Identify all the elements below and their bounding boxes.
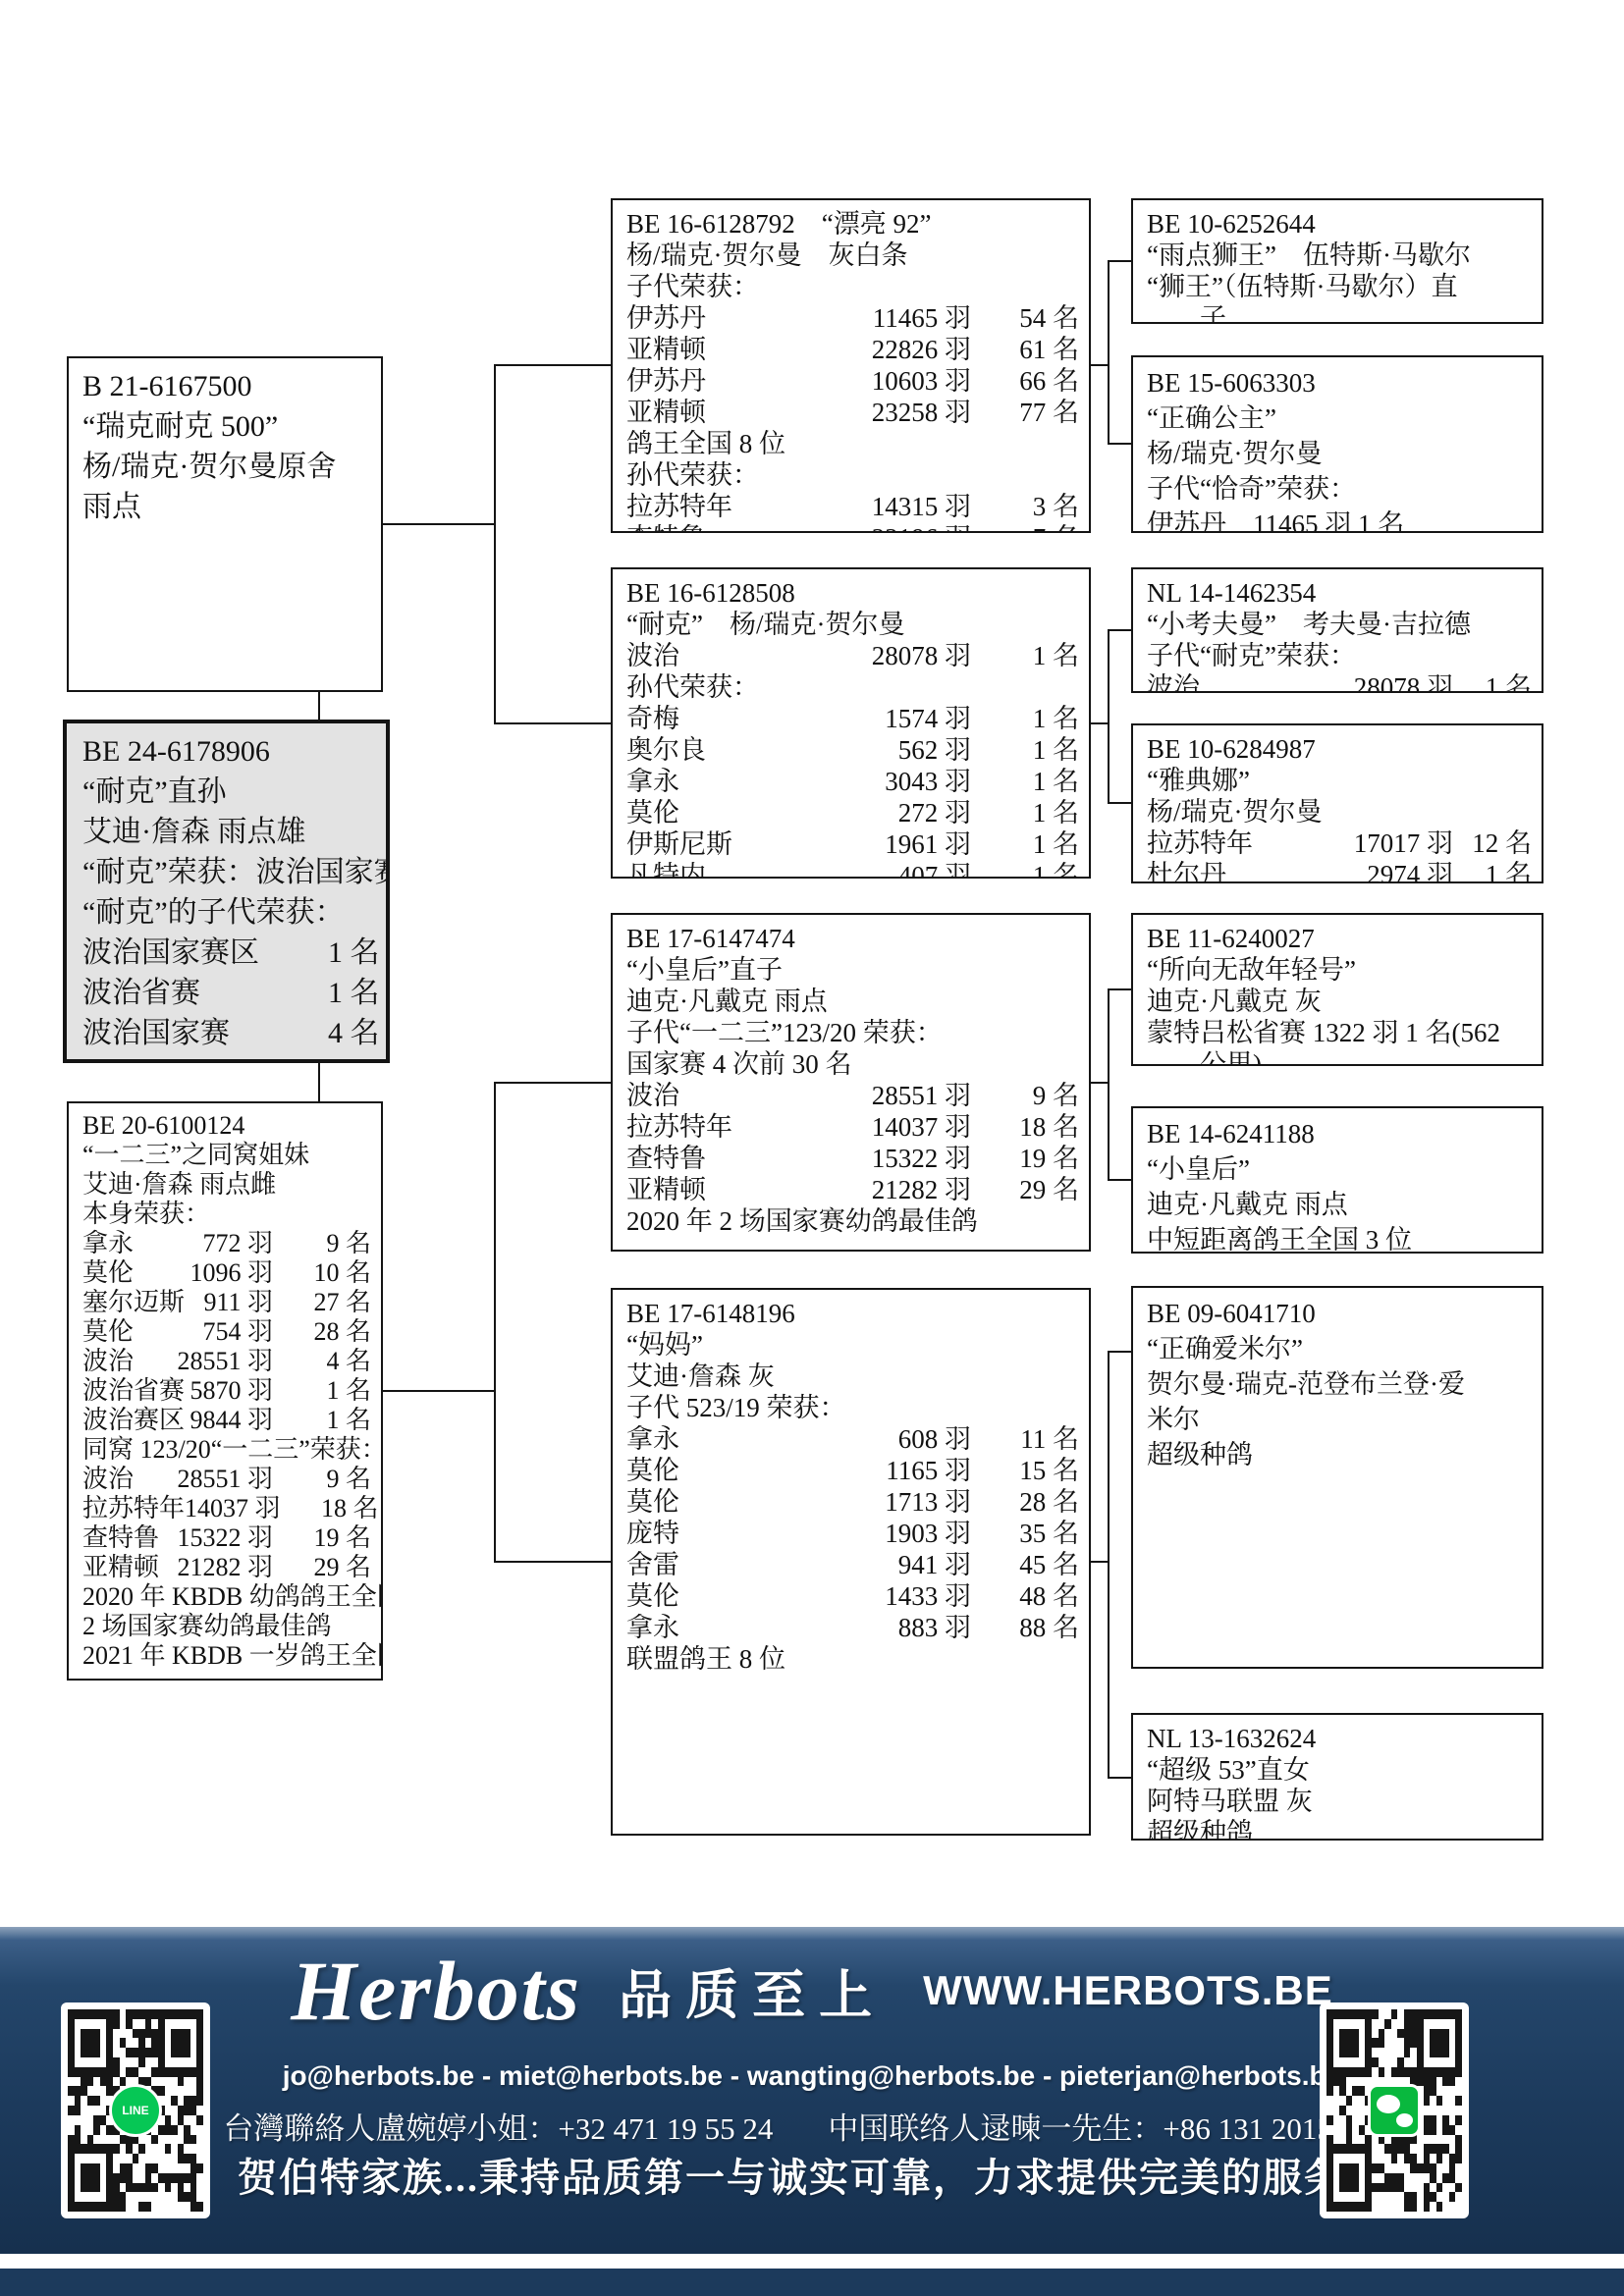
pedigree-line: 阿特马联盟 灰 xyxy=(1147,1786,1532,1817)
pedigree-line: 子代“恰奇”荣获： xyxy=(1147,471,1532,507)
pedigree-line: 波治国家赛4 名 xyxy=(82,1013,376,1053)
pedigree-line: B 21-6167500 xyxy=(82,366,371,406)
pedigree-line: 塞尔迈斯911 羽27 名 xyxy=(82,1288,371,1317)
pedigree-line: “正确公主” xyxy=(1147,400,1532,436)
pedigree-line: “雨点狮王” 伍特斯·马歇尔 xyxy=(1147,240,1532,271)
pedigree-box-m4: BE 17-6148196“妈妈”艾迪·詹森 灰子代 523/19 荣获：拿永6… xyxy=(611,1288,1091,1836)
connector-line xyxy=(383,523,496,525)
pedigree-line: 2020 年 KBDB 幼鸽鸽王全国 10 位 xyxy=(82,1582,371,1612)
pedigree-line: 迪克·凡戴克 灰 xyxy=(1147,986,1532,1017)
pedigree-line: BE 17-6148196 xyxy=(626,1298,1079,1329)
pedigree-line: 奥尔良562 羽1 名 xyxy=(626,734,1079,766)
pedigree-line: 波治省赛5870 羽1 名 xyxy=(82,1376,371,1406)
pedigree-line: 艾迪·詹森 灰 xyxy=(626,1361,1079,1392)
pedigree-line: 迪克·凡戴克 雨点 xyxy=(1147,1187,1532,1222)
pedigree-line: 伊苏丹 11465 羽 1 名 xyxy=(1147,507,1532,533)
pedigree-line: NL 14-1462354 xyxy=(1147,577,1532,609)
pedigree-line: 亚精顿22826 羽61 名 xyxy=(626,334,1079,365)
pedigree-line: BE 09-6041710 xyxy=(1147,1296,1532,1331)
contact-china: 中国联络人逯暕一先生：+86 131 2015 0755 xyxy=(828,2111,1400,2146)
pedigree-line: 拉苏特年14037 羽18 名 xyxy=(82,1494,371,1523)
pedigree-line: BE 16-6128792 “漂亮 92” xyxy=(626,208,1079,240)
connector-line xyxy=(496,1561,611,1563)
pedigree-line: 伊苏丹10603 羽66 名 xyxy=(626,365,1079,397)
pedigree-box-subject: BE 24-6178906“耐克”直孙艾迪·詹森 雨点雄“耐克”荣获：波治国家赛… xyxy=(63,720,390,1063)
pedigree-line: 伊苏丹11465 羽54 名 xyxy=(626,302,1079,334)
pedigree-line: 波治28078 羽1 名 xyxy=(626,640,1079,671)
pedigree-box-m3: BE 17-6147474“小皇后”直子迪克·凡戴克 雨点子代“一二三”123/… xyxy=(611,913,1091,1252)
pedigree-line: 杜尔丹2974 羽1 名 xyxy=(1147,859,1532,883)
pedigree-line: 国家赛 4 次前 30 名 xyxy=(626,1048,1079,1080)
pedigree-line: BE 16-6128508 xyxy=(626,577,1079,609)
contact-taiwan: 台灣聯絡人盧婉婷小姐：+32 471 19 55 24 xyxy=(223,2111,773,2146)
pedigree-line: 拉苏特年14315 羽3 名 xyxy=(626,491,1079,522)
connector-line xyxy=(1108,629,1110,804)
pedigree-line: 庞特1903 羽35 名 xyxy=(626,1518,1079,1549)
pedigree-line: 波治28551 羽9 名 xyxy=(82,1465,371,1494)
pedigree-line: 贺尔曼·瑞克-范登布兰登·爱 xyxy=(1147,1366,1532,1402)
connector-line xyxy=(383,1390,496,1392)
pedigree-line: 拉苏特年14037 羽18 名 xyxy=(626,1111,1079,1143)
pedigree-line: 亚精顿21282 羽29 名 xyxy=(626,1174,1079,1205)
pedigree-box-m1: BE 16-6128792 “漂亮 92”杨/瑞克·贺尔曼 灰白条子代荣获：伊苏… xyxy=(611,198,1091,533)
pedigree-line: 米尔 xyxy=(1147,1402,1532,1437)
pedigree-box-r1: BE 10-6252644“雨点狮王” 伍特斯·马歇尔“狮王”（伍特斯·马歇尔）… xyxy=(1131,198,1543,324)
pedigree-line: 子代荣获： xyxy=(626,271,1079,302)
pedigree-box-r8: NL 13-1632624“超级 53”直女阿特马联盟 灰超级种鸽 xyxy=(1131,1713,1543,1841)
pedigree-box-r3: NL 14-1462354“小考夫曼” 考夫曼·吉拉德子代“耐克”荣获：波治28… xyxy=(1131,567,1543,693)
pedigree-box-dam: BE 20-6100124“一二三”之同窝姐妹艾迪·詹森 雨点雌本身荣获：拿永7… xyxy=(67,1101,383,1681)
pedigree-line: 莫伦1433 羽48 名 xyxy=(626,1580,1079,1612)
pedigree-line: 波治国家赛区1 名 xyxy=(82,933,376,973)
connector-line xyxy=(494,364,496,724)
connector-line xyxy=(496,364,611,366)
pedigree-line: NL 13-1632624 xyxy=(1147,1723,1532,1754)
pedigree-box-m2: BE 16-6128508“耐克” 杨/瑞克·贺尔曼波治28078 羽1 名孙代… xyxy=(611,567,1091,879)
pedigree-line: “小皇后”直子 xyxy=(626,954,1079,986)
pedigree-line: 奇梅1574 羽1 名 xyxy=(626,703,1079,734)
pedigree-line: 莫伦272 羽1 名 xyxy=(626,797,1079,828)
pedigree-line: 中短距离鸽王全国 3 位 xyxy=(1147,1222,1532,1254)
pedigree-line: 子代“一二三”123/20 荣获： xyxy=(626,1017,1079,1048)
pedigree-line: 2 场国家赛幼鸽最佳鸽 xyxy=(82,1612,371,1641)
pedigree-line: 超级种鸽 xyxy=(1147,1437,1532,1472)
pedigree-line: 波治28551 羽4 名 xyxy=(82,1347,371,1376)
pedigree-line: 波治28551 羽9 名 xyxy=(626,1080,1079,1111)
herbots-logo: Herbots xyxy=(291,1949,581,2033)
connector-line xyxy=(1108,988,1110,1181)
page: B 21-6167500“瑞克耐克 500”杨/瑞克·贺尔曼原舍雨点BE 24-… xyxy=(0,0,1624,2296)
pedigree-line: 公里) xyxy=(1147,1048,1532,1066)
pedigree-line: 迪克·凡戴克 雨点 xyxy=(626,986,1079,1017)
connector-line xyxy=(494,1082,496,1563)
pedigree-line: 波治赛区9844 羽1 名 xyxy=(82,1406,371,1435)
pedigree-line: “所向无敌年轻号” xyxy=(1147,954,1532,986)
connector-line xyxy=(1110,443,1131,445)
qr-code-wechat xyxy=(1320,2002,1469,2218)
pedigree-line: BE 17-6147474 xyxy=(626,923,1079,954)
pedigree-line: 舍雷941 羽45 名 xyxy=(626,1549,1079,1580)
pedigree-line: BE 10-6252644 xyxy=(1147,208,1532,240)
connector-line xyxy=(1108,1351,1110,1779)
pedigree-line: 联盟鸽王 8 位 xyxy=(626,1643,1079,1675)
pedigree-line: “耐克”荣获：波治国家赛 1 名 xyxy=(82,852,376,892)
pedigree-line: “小考夫曼” 考夫曼·吉拉德 xyxy=(1147,609,1532,640)
pedigree-line: BE 24-6178906 xyxy=(82,731,376,772)
pedigree-line: 凡特内407 羽1 名 xyxy=(626,860,1079,879)
pedigree-line: “耐克” 杨/瑞克·贺尔曼 xyxy=(626,609,1079,640)
pedigree-line: 查特鲁22196 羽7 名 xyxy=(626,522,1079,533)
pedigree-line: 2020 年 2 场国家赛幼鸽最佳鸽 xyxy=(626,1205,1079,1237)
pedigree-line: 莫伦1096 羽10 名 xyxy=(82,1258,371,1288)
pedigree-line: “一二三”之同窝姐妹 xyxy=(82,1141,371,1170)
pedigree-line: 鸽王全国 8 位 xyxy=(626,428,1079,459)
pedigree-line: 雨点 xyxy=(82,487,371,527)
pedigree-line: 拿永772 羽9 名 xyxy=(82,1229,371,1258)
pedigree-line: 超级种鸽 xyxy=(1147,1817,1532,1841)
pedigree-box-r6: BE 14-6241188“小皇后”迪克·凡戴克 雨点中短距离鸽王全国 3 位 xyxy=(1131,1106,1543,1254)
pedigree-box-r5: BE 11-6240027“所向无敌年轻号”迪克·凡戴克 灰蒙特吕松省赛 132… xyxy=(1131,913,1543,1066)
pedigree-line: 亚精顿21282 羽29 名 xyxy=(82,1553,371,1582)
pedigree-line: 艾迪·詹森 雨点雌 xyxy=(82,1170,371,1200)
pedigree-line: 本身荣获： xyxy=(82,1200,371,1229)
pedigree-line: “小皇后” xyxy=(1147,1151,1532,1187)
pedigree-line: 拉苏特年17017 羽12 名 xyxy=(1147,828,1532,859)
pedigree-line: “瑞克耐克 500” xyxy=(82,406,371,447)
pedigree-line: 伊斯尼斯1961 羽1 名 xyxy=(626,828,1079,860)
pedigree-line: 亚精顿23258 羽77 名 xyxy=(626,397,1079,428)
connector-line xyxy=(1110,1777,1131,1779)
pedigree-line: 查特鲁15322 羽19 名 xyxy=(626,1143,1079,1174)
pedigree-line: BE 11-6240027 xyxy=(1147,923,1532,954)
pedigree-line: 孙代荣获： xyxy=(626,671,1079,703)
bottom-stripe xyxy=(0,2269,1624,2296)
connector-line xyxy=(318,1061,320,1103)
connector-line xyxy=(1108,260,1110,445)
footer-slogan: 品质至上 xyxy=(619,1953,886,2029)
pedigree-line: 拿永608 羽11 名 xyxy=(626,1423,1079,1455)
pedigree-line: 拿永883 羽88 名 xyxy=(626,1612,1079,1643)
connector-line xyxy=(1110,1179,1131,1181)
connector-line xyxy=(496,722,611,724)
connector-line xyxy=(318,692,320,721)
pedigree-line: 艾迪·詹森 雨点雄 xyxy=(82,812,376,852)
pedigree-box-r4: BE 10-6284987“雅典娜”杨/瑞克·贺尔曼拉苏特年17017 羽12 … xyxy=(1131,723,1543,883)
pedigree-line: 杨/瑞克·贺尔曼 xyxy=(1147,436,1532,471)
pedigree-line: 杨/瑞克·贺尔曼 xyxy=(1147,796,1532,828)
connector-line xyxy=(1110,260,1131,262)
pedigree-line: 同窝 123/20“一二三”荣获： xyxy=(82,1435,371,1465)
pedigree-line: “正确爱米尔” xyxy=(1147,1331,1532,1366)
connector-line xyxy=(1110,988,1131,990)
pedigree-line: “雅典娜” xyxy=(1147,765,1532,796)
pedigree-box-sire: B 21-6167500“瑞克耐克 500”杨/瑞克·贺尔曼原舍雨点 xyxy=(67,356,383,692)
website-text: WWW.HERBOTS.BE xyxy=(923,1967,1333,2014)
pedigree-line: 莫伦1165 羽15 名 xyxy=(626,1455,1079,1486)
pedigree-line: 子代 523/19 荣获： xyxy=(626,1392,1079,1423)
pedigree-line: “超级 53”直女 xyxy=(1147,1754,1532,1786)
pedigree-line: 莫伦754 羽28 名 xyxy=(82,1317,371,1347)
pedigree-line: 波治省赛1 名 xyxy=(82,973,376,1013)
pedigree-line: 孙代荣获： xyxy=(626,459,1079,491)
pedigree-line: 拿永3043 羽1 名 xyxy=(626,766,1079,797)
pedigree-line: BE 20-6100124 xyxy=(82,1111,371,1141)
pedigree-box-r7: BE 09-6041710“正确爱米尔”贺尔曼·瑞克-范登布兰登·爱米尔超级种鸽 xyxy=(1131,1286,1543,1669)
connector-line xyxy=(1110,1351,1131,1353)
pedigree-line: 子 xyxy=(1147,302,1532,324)
pedigree-line: 杨/瑞克·贺尔曼 灰白条 xyxy=(626,240,1079,271)
pedigree-line: 查特鲁15322 羽19 名 xyxy=(82,1523,371,1553)
pedigree-line: 波治28078 羽1 名 xyxy=(1147,671,1532,693)
pedigree-line: 子代“耐克”荣获： xyxy=(1147,640,1532,671)
pedigree-box-r2: BE 15-6063303“正确公主”杨/瑞克·贺尔曼子代“恰奇”荣获：伊苏丹 … xyxy=(1131,355,1543,533)
connector-line xyxy=(1110,629,1131,631)
connector-line xyxy=(496,1082,611,1084)
pedigree-line: “耐克”直孙 xyxy=(82,772,376,812)
pedigree-line: “耐克”的子代荣获： xyxy=(82,892,376,933)
pedigree-line: 莫伦1713 羽28 名 xyxy=(626,1486,1079,1518)
pedigree-line: 蒙特吕松省赛 1322 羽 1 名(562 xyxy=(1147,1017,1532,1048)
pedigree-line: BE 10-6284987 xyxy=(1147,733,1532,765)
pedigree-line: 2021 年 KBDB 一岁鸽王全国 18 位 xyxy=(82,1641,371,1671)
pedigree-line: “妈妈” xyxy=(626,1329,1079,1361)
pedigree-line: 杨/瑞克·贺尔曼原舍 xyxy=(82,447,371,487)
pedigree-line: BE 14-6241188 xyxy=(1147,1116,1532,1151)
pedigree-line: BE 15-6063303 xyxy=(1147,365,1532,400)
pedigree-line: “狮王”（伍特斯·马歇尔）直 xyxy=(1147,271,1532,302)
wechat-icon xyxy=(1368,2084,1421,2137)
footer-banner: Herbots 品质至上 WWW.HERBOTS.BE jo@herbots.b… xyxy=(0,1927,1624,2254)
connector-line xyxy=(1110,802,1131,804)
